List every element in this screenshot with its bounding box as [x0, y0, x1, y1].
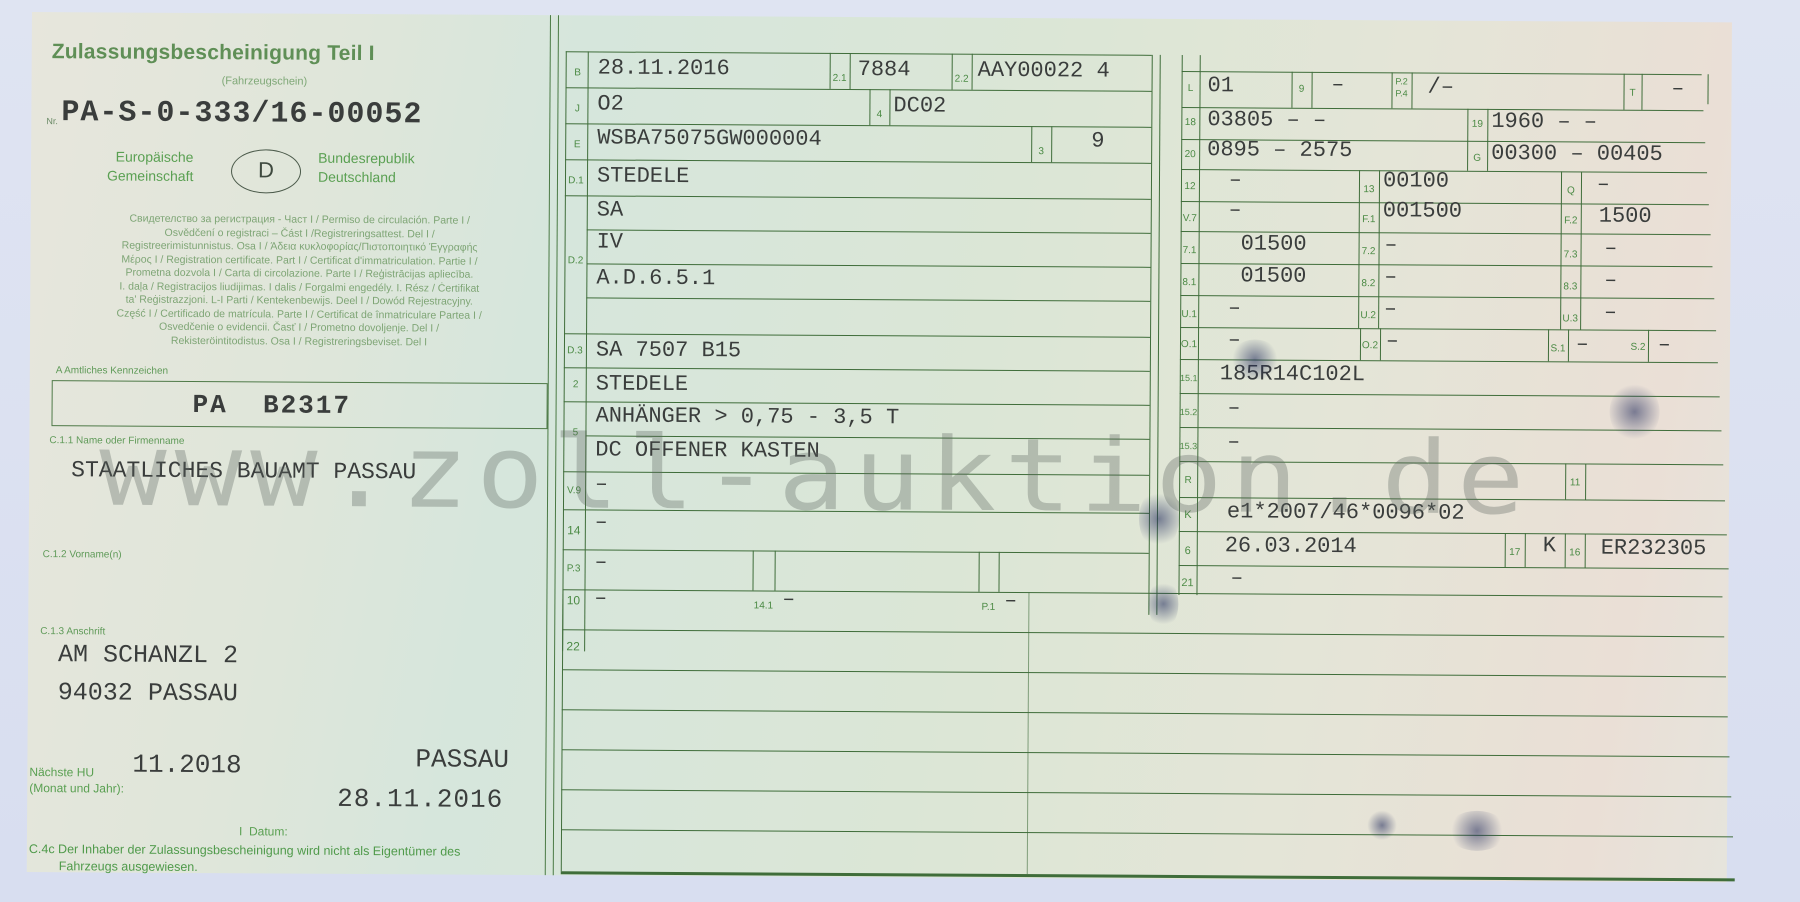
grid-line — [1179, 565, 1729, 569]
field-P3-fuel: – — [595, 551, 608, 574]
eu-right-line2: Deutschland — [318, 168, 415, 188]
field-19-width: 1960 – – — [1491, 109, 1597, 135]
grid-line — [1641, 74, 1642, 110]
field-K-type-approval: e1*2007/46*0096*02 — [1227, 499, 1465, 525]
field-15-2-tyres: – — [1228, 397, 1241, 420]
ink-stain — [1230, 339, 1280, 379]
document-number: PA-S-0-333/16-00052 — [61, 96, 422, 132]
field-20-height: 0895 – 2575 — [1207, 137, 1352, 163]
field-S2-standing: – — [1658, 334, 1671, 357]
field-J-vehicle-class: O2 — [597, 91, 624, 116]
field-8-1-axle-load: 01500 — [1240, 263, 1306, 288]
field-12-tank-volume: – — [1229, 169, 1242, 192]
grid-line — [1380, 328, 1381, 360]
field-code: 21 — [1178, 577, 1196, 589]
field-6-approval-date: 26.03.2014 — [1225, 533, 1357, 559]
first-name-label: C.1.2 Vorname(n) — [43, 549, 122, 560]
holder-name-label: C.1.1 Name oder Firmenname — [49, 435, 184, 447]
grid-line — [1648, 330, 1649, 362]
grid-line — [562, 669, 1726, 677]
field-2-1-manufacturer-code: 7884 — [858, 57, 911, 82]
field-U3-noise-drive: – — [1604, 302, 1617, 325]
field-code: 15.2 — [1180, 407, 1198, 417]
c4c-line2: Fahrzeugs ausgewiesen. — [29, 858, 529, 878]
issue-date: 28.11.2016 — [337, 784, 503, 815]
field-18-length: 03805 – – — [1207, 107, 1326, 133]
divider — [553, 15, 559, 875]
field-17-approval-type: K — [1543, 533, 1556, 558]
holder-name: STAATLICHES BAUAMT PASSAU — [71, 457, 416, 485]
field-D2-variant: IV — [597, 229, 624, 254]
eu-right-line1: Bundesrepublik — [318, 149, 415, 169]
field-code: 14.1 — [752, 600, 774, 611]
field-code: 22 — [562, 639, 584, 653]
c4c-code: C.4c — [29, 842, 55, 856]
field-code: U.1 — [1180, 309, 1198, 320]
field-code: 2 — [566, 379, 586, 390]
field-code: 15.1 — [1180, 373, 1198, 383]
eu-community-label: Europäische Gemeinschaft — [107, 147, 194, 186]
ownership-notice: C.4c Der Inhaber der Zulassungsbescheini… — [29, 841, 529, 878]
c4c-line1: Der Inhaber der Zulassungsbescheinigung … — [58, 842, 460, 858]
issue-place: PASSAU — [415, 744, 509, 775]
grid-line — [998, 552, 999, 592]
grid-line — [586, 297, 1150, 301]
field-code: 2.2 — [952, 74, 972, 85]
field-code: F.1 — [1359, 214, 1379, 225]
registration-certificate: Zulassungsbescheinigung Teil I (Fahrzeug… — [27, 12, 1732, 882]
grid-line — [774, 551, 775, 591]
field-code: 13 — [1359, 184, 1379, 195]
field-5-body: DC OFFENER KASTEN — [595, 437, 820, 463]
field-code: 9 — [1292, 84, 1312, 95]
field-code: 8.3 — [1560, 281, 1580, 292]
ink-stain — [1148, 579, 1178, 629]
field-code: R — [1179, 475, 1197, 486]
grid-line — [1707, 74, 1708, 104]
field-8-3-axle-load: – — [1604, 270, 1617, 293]
grid-line — [562, 709, 1728, 717]
left-panel: Zulassungsbescheinigung Teil I (Fahrzeug… — [27, 12, 547, 875]
grid-line — [1585, 533, 1586, 567]
ink-stain — [1447, 811, 1507, 851]
country-code-oval-icon: D — [231, 149, 301, 193]
field-14-1: – — [782, 589, 795, 612]
field-code: P.2 — [1392, 76, 1412, 86]
field-16-certificate-no: ER232305 — [1601, 536, 1707, 562]
ink-stain — [1367, 810, 1397, 840]
field-code: K — [1179, 509, 1197, 521]
multilang-line: Rekisteröintitodistus. Osa I / Registrer… — [58, 334, 540, 350]
grid-line — [752, 550, 753, 590]
field-G-empty-mass: 00300 – 00405 — [1491, 141, 1663, 167]
field-14-emission-code: – — [595, 511, 608, 534]
field-code: D.2 — [564, 255, 586, 266]
grid-line — [1180, 295, 1714, 299]
grid-line — [563, 471, 1149, 476]
field-code: 10 — [562, 593, 584, 607]
field-code: D.1 — [565, 175, 587, 186]
field-code: 17 — [1505, 547, 1525, 558]
field-code: 20 — [1181, 149, 1199, 160]
field-9-driven-axles: – — [1332, 74, 1345, 97]
address-city: 94032 PASSAU — [58, 678, 238, 708]
grid-line — [978, 552, 979, 592]
document-subtitle: (Fahrzeugschein) — [222, 75, 308, 88]
field-3-check-digit: 9 — [1091, 128, 1104, 153]
field-4-body-type: DC02 — [893, 93, 946, 118]
field-code: O.2 — [1360, 340, 1380, 351]
field-7-3-axle-load: – — [1605, 238, 1618, 261]
field-code: V.7 — [1181, 213, 1199, 224]
field-code: G — [1467, 153, 1487, 164]
field-Q-power-weight: – — [1597, 174, 1610, 197]
field-code: B — [568, 67, 588, 78]
field-10: – — [594, 587, 607, 610]
field-2-manufacturer: STEDELE — [596, 371, 689, 397]
field-code: 16 — [1565, 547, 1585, 558]
plate-box: PA B2317 — [51, 380, 547, 429]
field-V9-emission-class: – — [595, 473, 608, 496]
field-code: T — [1623, 88, 1641, 99]
grid-line — [566, 87, 1152, 92]
field-code: S.2 — [1628, 342, 1648, 353]
grid-line — [563, 549, 1149, 554]
grid-line — [1180, 327, 1716, 331]
field-5-vehicle-class: ANHÄNGER > 0,75 - 3,5 T — [595, 403, 899, 430]
next-inspection-label: Nächste HU (Monat und Jahr): — [29, 764, 124, 797]
field-B-first-registration: 28.11.2016 — [598, 55, 730, 81]
field-code: 19 — [1467, 119, 1487, 130]
grid-line — [1525, 533, 1526, 567]
field-V7-co2: – — [1229, 199, 1242, 222]
field-D2-type: SA — [597, 197, 624, 222]
field-code: 12 — [1181, 181, 1199, 192]
field-7-1-axle-load: 01500 — [1241, 231, 1307, 256]
field-2-2-type-code: AAY00022 4 — [978, 58, 1110, 84]
field-S1-seats: – — [1576, 333, 1589, 356]
grid-line — [1179, 461, 1723, 465]
field-code: E — [567, 139, 587, 150]
next-inspection-date: 11.2018 — [132, 750, 241, 781]
grid-line — [562, 589, 1722, 597]
grid-line — [562, 629, 1724, 637]
field-code: U.3 — [1560, 313, 1580, 324]
grid-line — [889, 89, 890, 125]
eu-left-line1: Europäische — [107, 147, 193, 167]
field-code: L — [1182, 83, 1200, 94]
field-8-2-axle-load: – — [1384, 266, 1397, 289]
plate-label: A Amtliches Kennzeichen — [56, 365, 168, 377]
field-code: O.1 — [1180, 339, 1198, 350]
ink-stain — [1139, 489, 1179, 549]
multilingual-title-block: Свидетелство за регистрация - Част I / P… — [58, 212, 541, 350]
field-T-max-speed: – — [1671, 78, 1684, 101]
hu-label-line1: Nächste HU — [29, 764, 124, 781]
ink-stain — [1609, 382, 1659, 442]
field-code: 7.2 — [1359, 246, 1379, 257]
grid-line — [850, 53, 851, 89]
field-D1-make: STEDELE — [597, 163, 690, 189]
field-15-3-tyres: – — [1227, 431, 1240, 454]
grid-line — [1568, 329, 1569, 361]
grid-line — [563, 509, 1149, 514]
field-code: 6 — [1179, 545, 1197, 557]
field-F2-permitted-mass: 1500 — [1599, 204, 1652, 229]
field-code: 8.2 — [1358, 278, 1378, 289]
field-P2-P4-power: /– — [1427, 75, 1454, 100]
grid-line — [561, 871, 1735, 881]
field-7-2-axle-load: – — [1385, 234, 1398, 257]
grid-line — [1196, 55, 1200, 595]
field-code: P.3 — [563, 563, 585, 574]
address-street: AM SCHANZL 2 — [58, 640, 238, 670]
field-U2-noise-rpm: – — [1384, 298, 1397, 321]
field-P1-displacement: – — [1004, 590, 1017, 613]
field-code: 3 — [1031, 146, 1051, 157]
field-D3-designation: SA 7507 B15 — [596, 337, 741, 363]
address-label: C.1.3 Anschrift — [40, 626, 105, 637]
date-label: I Datum: — [239, 824, 288, 838]
field-U1-noise: – — [1228, 297, 1241, 320]
field-code: 18 — [1181, 117, 1199, 128]
field-code: P.4 — [1391, 88, 1411, 98]
license-plate: PA B2317 — [193, 390, 352, 421]
field-code: J — [567, 103, 587, 114]
grid-line — [562, 749, 1730, 757]
field-code: 15.3 — [1179, 441, 1197, 451]
field-code: 8.1 — [1180, 277, 1198, 288]
field-code: S.1 — [1548, 343, 1568, 354]
grid-line — [587, 229, 1151, 233]
field-code: Q — [1561, 185, 1581, 196]
field-code: 14 — [563, 523, 585, 537]
field-F1-max-mass: 001500 — [1383, 198, 1462, 223]
field-L-axles: 01 — [1207, 73, 1234, 98]
field-code: 7.3 — [1561, 249, 1581, 260]
country-code: D — [258, 157, 274, 182]
grid-line — [1585, 463, 1586, 499]
field-code: 7.1 — [1181, 245, 1199, 256]
field-E-vin: WSBA75075GW000004 — [597, 125, 822, 151]
eu-left-line2: Gemeinschaft — [107, 166, 193, 186]
hu-label-line2: (Monat und Jahr): — [29, 780, 124, 797]
field-21-remarks: – — [1230, 567, 1243, 590]
field-code: F.2 — [1561, 215, 1581, 226]
field-code: 11 — [1565, 477, 1585, 488]
field-code: 4 — [869, 109, 889, 120]
field-code: P.1 — [978, 602, 998, 613]
number-label: Nr. — [46, 116, 58, 126]
field-code: 2.1 — [830, 73, 850, 84]
grid-line — [561, 829, 1733, 837]
grid-line — [561, 789, 1731, 797]
field-code: V.9 — [563, 485, 585, 496]
field-13-support-load: 00100 — [1383, 168, 1449, 193]
field-O2-towing-unbraked: – — [1386, 330, 1399, 353]
grid-line — [1311, 72, 1312, 108]
field-code: U.2 — [1358, 310, 1378, 321]
federal-republic-label: Bundesrepublik Deutschland — [318, 149, 415, 188]
grid-line — [565, 195, 1151, 200]
document-title: Zulassungsbescheinigung Teil I — [52, 40, 375, 66]
grid-line — [1051, 126, 1052, 162]
grid-line — [972, 54, 973, 90]
field-code: 5 — [565, 427, 585, 438]
field-code: D.3 — [564, 345, 586, 356]
field-D2-version: A.D.6.5.1 — [596, 265, 715, 291]
